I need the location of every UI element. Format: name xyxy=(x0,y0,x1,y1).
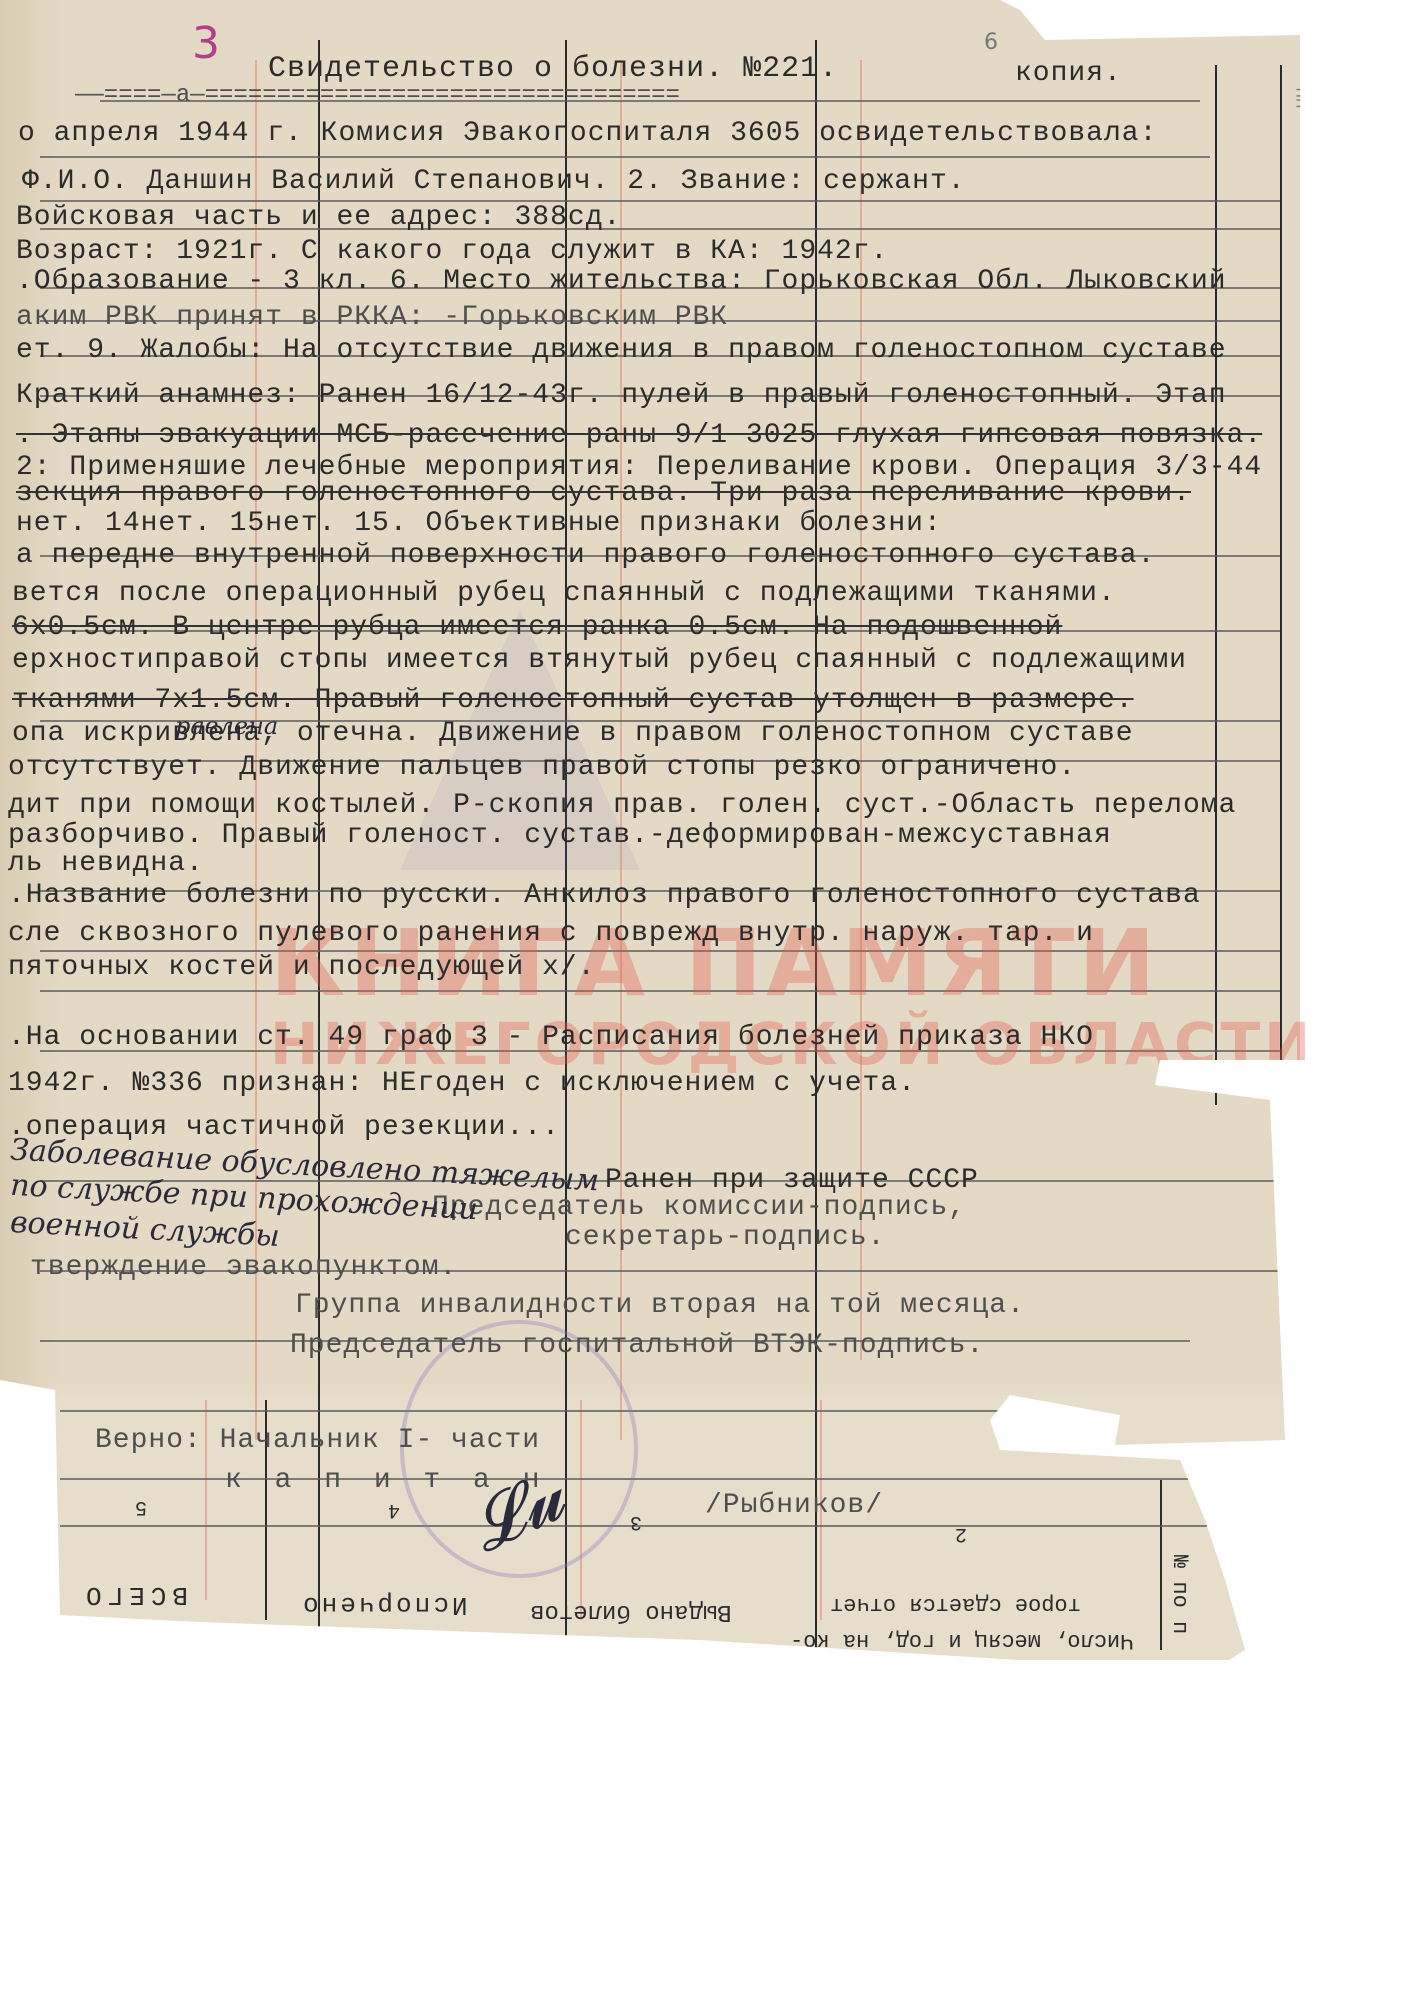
footer-label-tickets-issued: Выдано билетов xyxy=(530,1598,732,1625)
body-line: вется после операционный рубец спаянный … xyxy=(12,578,1116,609)
body-line: а передне внутренной поверхности правого… xyxy=(16,540,1155,571)
body-line: Верно: Начальник I- части xyxy=(95,1425,540,1456)
handwritten-inline: равлена xyxy=(175,712,278,740)
ledger-column-line xyxy=(1215,65,1217,1105)
body-line: .Название болезни по русски. Анкилоз пра… xyxy=(8,880,1201,911)
edge-code: ПП xyxy=(1293,87,1309,108)
body-line: тверждение эвакопунктом. xyxy=(30,1252,457,1283)
body-line: Ф.И.О. Даншин Василий Степанович. 2. Зва… xyxy=(22,166,966,197)
body-line: о апреля 1944 г. Комисия Эвакогоспиталя … xyxy=(18,118,1157,149)
body-line: пяточных костей и последующей х/. xyxy=(8,952,596,983)
body-line: Возраст: 1921г. С какого года служит в К… xyxy=(16,236,888,267)
body-line: отсутствует. Движение пальцев правой сто… xyxy=(8,752,1076,783)
footer-label-spoiled: Испорчено xyxy=(300,1590,467,1620)
footer-label-total: ВСЕГО xyxy=(80,1580,188,1610)
body-line: /Рыбников/ xyxy=(705,1490,883,1521)
body-line: . Этапы эвакуации МСБ-расечение раны 9/1… xyxy=(16,420,1262,451)
body-line: Председатель комиссии-подпись, xyxy=(432,1192,966,1223)
body-line: сле сквозного пулевого ранения с поврежд… xyxy=(8,918,1094,949)
footer-label-row-number: № по п xyxy=(1167,1555,1192,1634)
pencil-mark: 6 xyxy=(984,30,998,55)
document-title: Свидетельство о болезни. №221. xyxy=(268,52,838,86)
body-line: разборчиво. Правый голеност. сустав.-деф… xyxy=(8,820,1112,851)
body-line: секретарь-подпись. xyxy=(565,1222,885,1253)
title-underline: ——====—а—===============================… xyxy=(75,82,680,109)
footer-column-number: 2 xyxy=(955,1522,967,1545)
footer-label-date-line1: Число, месяц и год, на ко- xyxy=(790,1628,1133,1653)
body-line: зекция правого голеностопного сустава. Т… xyxy=(16,478,1191,509)
body-line: Председатель госпитальной ВТЭК-подпись. xyxy=(290,1330,984,1361)
body-line: Группа инвалидности вторая на той месяца… xyxy=(295,1290,1025,1321)
document-paper: ——====—а—===============================… xyxy=(0,0,1300,1660)
footer-column-number: 4 xyxy=(388,1498,400,1521)
body-line: Краткий анамнез: Ранен 16/12-43г. пулей … xyxy=(16,380,1227,411)
ledger-column-line xyxy=(1280,65,1282,1105)
footer-column-number: 5 xyxy=(135,1495,147,1518)
ledger-column-line xyxy=(1160,1480,1162,1650)
body-line: ет. 9. Жалобы: На отсутствие движения в … xyxy=(16,335,1227,366)
body-line: 1942г. №336 признан: НЕгоден с исключени… xyxy=(8,1068,916,1099)
footer-column-number: 3 xyxy=(630,1510,642,1533)
body-line: Войсковая часть и ее адрес: 388сд. xyxy=(16,202,621,233)
copy-label: копия. xyxy=(1015,58,1122,89)
body-line: аким РВК принят в РККА: -Горьковским РВК xyxy=(16,302,728,333)
body-line: 6x0.5см. В центре рубца имеется ранка 0.… xyxy=(12,612,1062,643)
body-line: ерхностиправой стопы имеется втянутый ру… xyxy=(12,645,1187,676)
ruling xyxy=(40,156,1210,158)
footer-label-date-line2: торое сдается отчет xyxy=(830,1592,1081,1617)
body-line: .На основании ст. 49 граф 3 - Расписания… xyxy=(8,1022,1094,1053)
body-line: .Образование - 3 кл. 6. Место жительства… xyxy=(16,266,1227,297)
body-line: ль невидна. xyxy=(8,848,204,879)
body-line: нет. 14нет. 15нет. 15. Объективные призн… xyxy=(16,508,942,539)
page-number-mark: 3 xyxy=(192,18,220,69)
body-line: дит при помощи костылей. Р-скопия прав. … xyxy=(8,790,1236,821)
